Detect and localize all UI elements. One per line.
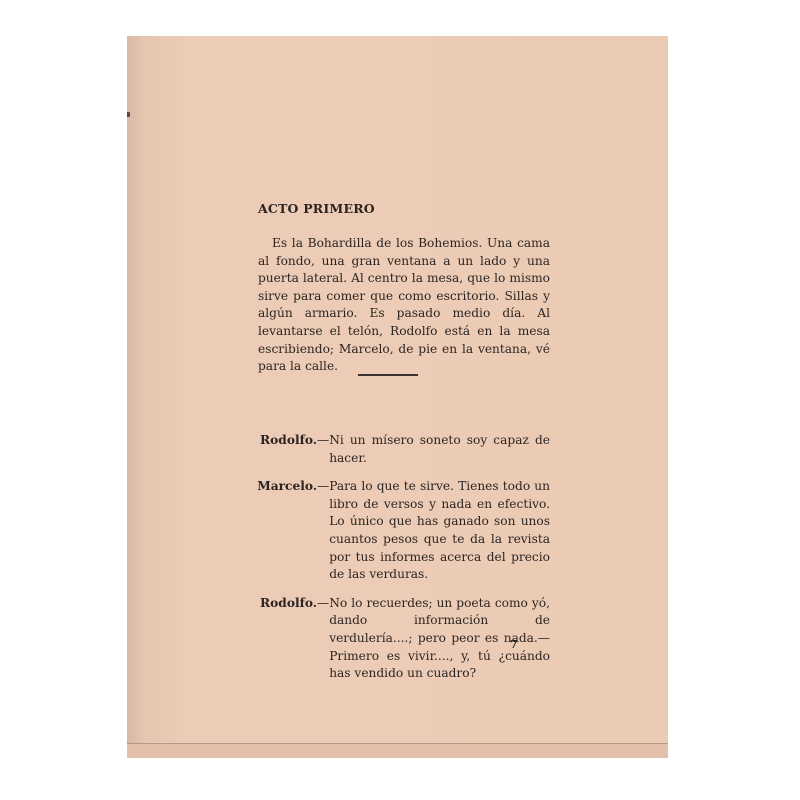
book-page: ACTO PRIMERO Es la Bohardilla de los Boh… [127, 36, 668, 758]
page-number: 7 [510, 636, 518, 654]
speaker-name: Rodolfo. [235, 432, 317, 467]
dialogue-entry: Rodolfo. — Ni un mísero soneto soy capaz… [235, 432, 550, 467]
page-bottom-edge [127, 744, 668, 758]
dialogue-block: Rodolfo. — Ni un mísero soneto soy capaz… [235, 432, 550, 694]
em-dash: — [317, 478, 329, 584]
em-dash: — [317, 595, 329, 683]
dialogue-entry: Marcelo. — Para lo que te sirve. Tienes … [235, 478, 550, 584]
act-heading: ACTO PRIMERO [258, 200, 375, 218]
stage-direction: Es la Bohardilla de los Bohemios. Una ca… [258, 235, 550, 376]
section-divider [358, 374, 418, 376]
speech-text: Para lo que te sirve. Tienes todo un lib… [329, 478, 550, 584]
page-binding-mark [127, 112, 130, 117]
em-dash: — [317, 432, 329, 467]
speech-text: Ni un mísero soneto soy capaz de hacer. [329, 432, 550, 467]
speaker-name: Rodolfo. [235, 595, 317, 683]
dialogue-entry: Rodolfo. — No lo recuerdes; un poeta com… [235, 595, 550, 683]
speaker-name: Marcelo. [235, 478, 317, 584]
